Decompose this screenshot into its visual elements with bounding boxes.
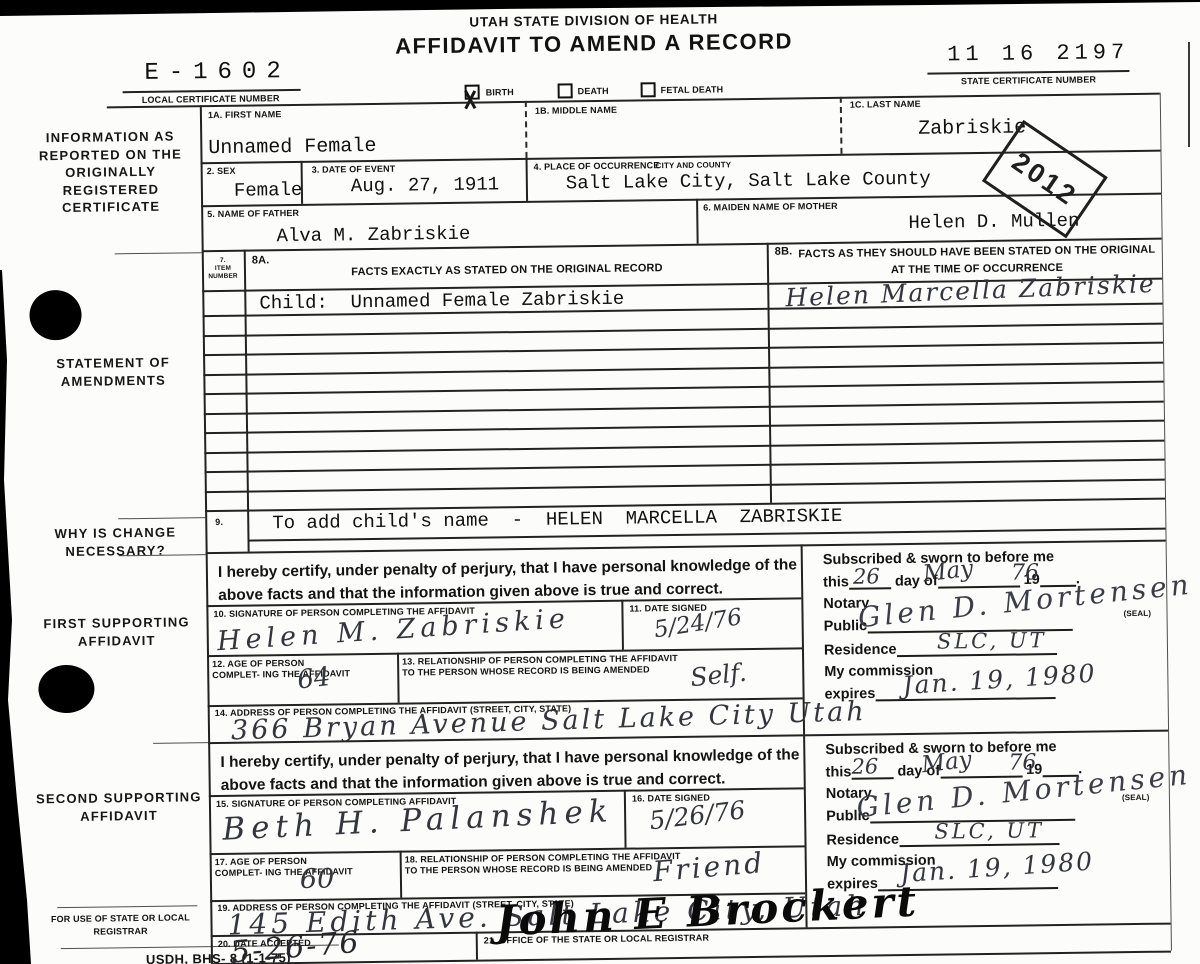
- field-label-sex: 2. SEX: [207, 166, 236, 178]
- reason-number: 9.: [215, 517, 223, 528]
- fetal-death-checkbox: [641, 82, 656, 97]
- field-label-last-name: 1C. LAST NAME: [850, 99, 921, 111]
- cell-divider: [397, 653, 400, 703]
- cell-divider: [840, 97, 843, 154]
- cell-divider: [621, 600, 624, 650]
- scan-artifact-right-edge: [1188, 42, 1190, 147]
- cell-divider: [696, 199, 699, 244]
- notary-this-label: this: [825, 764, 851, 780]
- ruled-line: [205, 459, 1165, 474]
- sidebar-label-registrar-use: FOR USE OF STATE OR LOCAL REGISTRAR: [45, 911, 195, 938]
- seal-label-1: (SEAL): [1123, 609, 1151, 619]
- cell-divider: [525, 101, 528, 158]
- ruled-line: [204, 400, 1164, 415]
- scanned-affidavit-document: UTAH STATE DIVISION OF HEALTH AFFIDAVIT …: [0, 0, 1200, 964]
- local-certificate-number: E-1602: [144, 58, 291, 87]
- field-label-father: 5. NAME OF FATHER: [207, 208, 299, 220]
- cell-divider: [526, 158, 529, 201]
- punch-hole: [29, 290, 82, 341]
- cell-divider: [624, 790, 627, 848]
- paper-sheet: UTAH STATE DIVISION OF HEALTH AFFIDAVIT …: [0, 0, 1200, 964]
- field-value-date-of-event: Aug. 27, 1911: [351, 173, 500, 197]
- notary-this-label: this: [823, 574, 849, 590]
- sidebar-rule: [115, 252, 202, 254]
- fetal-death-checkbox-label: FETAL DEATH: [661, 84, 724, 96]
- form-title: AFFIDAVIT TO AMEND A RECORD: [294, 26, 894, 61]
- cell-divider: [476, 932, 478, 960]
- ruled-line: [204, 439, 1164, 454]
- birth-check-mark-icon: [462, 90, 478, 110]
- field-value-first-name: Unnamed Female: [208, 135, 376, 160]
- seal-label-2: (SEAL): [1122, 793, 1150, 803]
- notary-residence-2: SLC, UT: [934, 818, 1044, 843]
- ruled-line: [204, 381, 1164, 396]
- state-certificate-number: 11 16 2197: [947, 40, 1129, 67]
- sidebar-rule: [57, 905, 197, 908]
- facts-corrected-number: 8B.: [775, 245, 793, 259]
- facts-original-number: 8A.: [252, 254, 270, 268]
- notary-day-2: 26: [851, 754, 878, 778]
- sidebar-label-statement: STATEMENT OF AMENDMENTS: [23, 353, 203, 390]
- ruled-line: [203, 361, 1163, 376]
- field-label-first-name: 1A. FIRST NAME: [208, 109, 282, 121]
- ruled-line: [203, 342, 1163, 357]
- field-label-relationship-2: 18. RELATIONSHIP OF PERSON COMPLETING TH…: [405, 851, 685, 877]
- notary-residence-label: Residence: [826, 832, 899, 849]
- field-value-sex: Female: [234, 179, 303, 202]
- form-border: [1160, 93, 1172, 951]
- notary-residence-1: SLC, UT: [937, 628, 1047, 653]
- item-number-column-header: 7. ITEM NUMBER: [202, 257, 244, 282]
- notary-expires-label: expires: [824, 686, 875, 703]
- death-checkbox: [558, 83, 573, 98]
- sidebar-label-first-affidavit: FIRST SUPPORTING AFFIDAVIT: [26, 613, 206, 650]
- punch-hole: [38, 665, 95, 714]
- sidebar-label-original-info: INFORMATION AS REPORTED ON THE ORIGINALL…: [20, 127, 201, 217]
- sidebar-rule: [118, 517, 205, 519]
- relationship-1: Self.: [689, 658, 748, 692]
- field-value-father: Alva M. Zabriskie: [276, 223, 470, 248]
- birth-checkbox-label: BIRTH: [486, 87, 514, 99]
- notary-year-2: 76: [1008, 750, 1036, 775]
- field-label-middle-name: 1B. MIDDLE NAME: [535, 105, 617, 117]
- cell-divider: [400, 851, 403, 898]
- ruled-line: [204, 420, 1164, 435]
- item-column-divider: [244, 250, 250, 552]
- notary-residence-label: Residence: [824, 642, 897, 659]
- state-certificate-label: STATE CERTIFICATE NUMBER: [927, 74, 1129, 88]
- age-2: 60: [300, 864, 335, 895]
- ruled-line: [203, 322, 1163, 337]
- facts-original-header: FACTS EXACTLY AS STATED ON THE ORIGINAL …: [257, 261, 757, 281]
- ruled-line: [205, 478, 1165, 493]
- registrar-signature: John E Brockert: [494, 876, 920, 945]
- field-label-age-1: 12. AGE OF PERSON COMPLET- ING THE AFFID…: [212, 657, 352, 681]
- sidebar-rule: [153, 742, 208, 744]
- age-1: 64: [296, 662, 332, 696]
- field-value-place: Salt Lake City, Salt Lake County: [566, 168, 931, 195]
- notary-year-1: 76: [1011, 560, 1039, 585]
- death-checkbox-label: DEATH: [578, 86, 609, 98]
- field-label-mother: 6. MAIDEN NAME OF MOTHER: [703, 201, 838, 214]
- sidebar-label-second-affidavit: SECOND SUPPORTING AFFIDAVIT: [29, 788, 209, 825]
- notary-day-1: 26: [853, 564, 880, 588]
- field-label-relationship-1: 13. RELATIONSHIP OF PERSON COMPLETING TH…: [402, 653, 682, 679]
